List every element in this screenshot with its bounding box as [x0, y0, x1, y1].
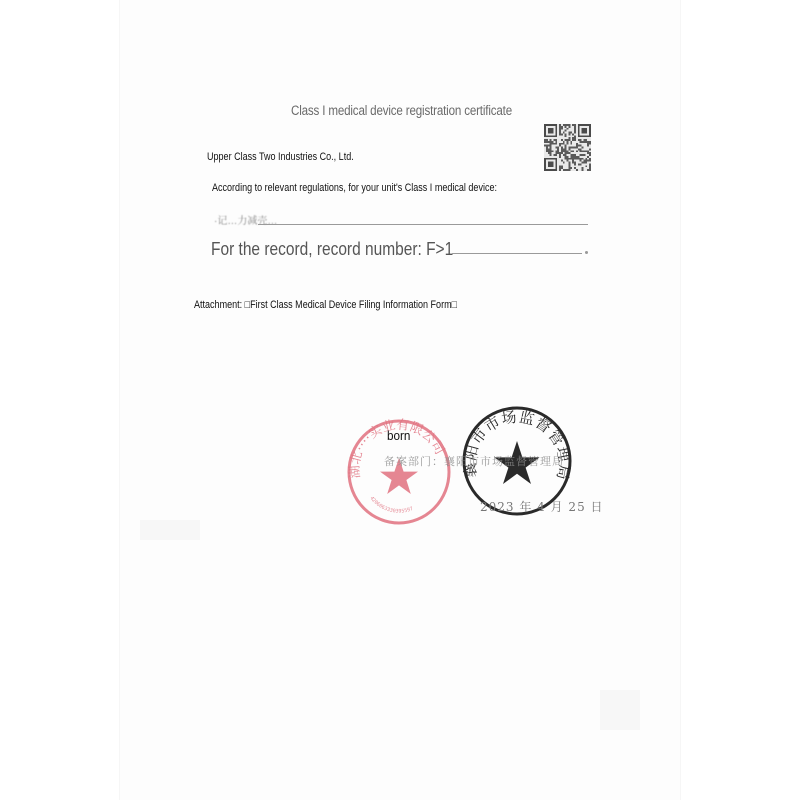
scan-noise — [140, 520, 200, 540]
attachment-text: Attachment: □First Class Medical Device … — [194, 299, 457, 311]
certificate-title: Class I medical device registration cert… — [291, 103, 512, 118]
company-seal-code: 4206063330395597 — [368, 495, 414, 514]
regulation-text: According to relevant regulations, for y… — [212, 182, 497, 194]
qr-code-icon — [544, 124, 591, 171]
svg-text:4206063330395597: 4206063330395597 — [368, 495, 414, 514]
certificate-page — [120, 0, 680, 800]
filing-department: 备案部门：襄阳市市场监督管理局 — [384, 453, 564, 469]
company-name: Upper Class Two Industries Co., Ltd. — [207, 151, 354, 163]
period-mark — [585, 251, 588, 254]
scan-noise — [600, 690, 640, 730]
issue-date: 2023 年 4 月 25 日 — [480, 498, 604, 515]
record-number-text: For the record, record number: F>1 — [211, 239, 453, 260]
overlay-text: born — [387, 428, 410, 443]
record-number-underline — [452, 253, 582, 254]
device-name-underline — [258, 224, 588, 225]
